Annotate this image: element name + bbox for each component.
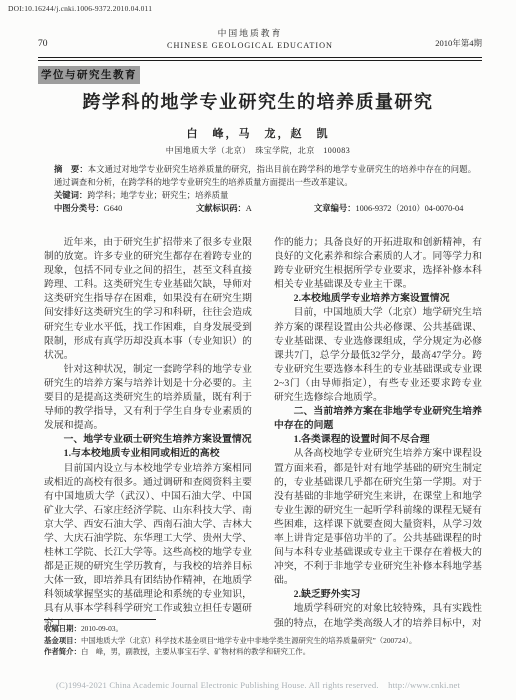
article-id-label: 文章编号：	[314, 204, 356, 213]
article-title: 跨学科的地学专业研究生的培养质量研究	[0, 88, 516, 114]
journal-header: 70 中国地质教育 CHINESE GEOLOGICAL EDUCATION 2…	[38, 26, 482, 50]
sub-heading: 2.本校地质学专业培养方案设置情况	[274, 292, 482, 306]
copyright-notice: (C)1994-2021 China Academic Journal Elec…	[0, 680, 516, 690]
paragraph: 近年来，由于研究生扩招带来了很多专业限制的放宽。许多专业的研究生都存在着跨专业的…	[44, 236, 252, 363]
abstract-text: 本文通过对地学专业研究生培养质量的研究，指出目前在跨学科的地学专业研究生的培养中…	[54, 165, 476, 187]
issue-label: 2010年第4期	[402, 37, 482, 50]
sub-heading: 2.缺乏野外实习	[274, 588, 482, 602]
classification-codes: 中图分类号：G640 文献标识码：A 文章编号：1006-9372（2010）0…	[54, 202, 476, 215]
keywords-label: 关键词：	[54, 191, 87, 200]
header-rule	[38, 57, 482, 61]
abstract: 摘 要：本文通过对地学专业研究生培养质量的研究，指出目前在跨学科的地学专业研究生…	[54, 163, 476, 189]
section-heading: 二、当前培养方案在非地学专业研究生培养中存在的问题	[274, 405, 482, 433]
keywords: 关键词：跨学科；地学专业；研究生；培养质量	[54, 189, 476, 202]
footnote-bio-label: 作者简介：	[44, 647, 81, 656]
body-column-right: 作的能力；具备良好的开拓进取和创新精神，有良好的文化素养和综合素质的人才。同等学…	[274, 236, 482, 631]
clc-code: 中图分类号：G640	[54, 202, 196, 215]
keywords-text: 跨学科；地学专业；研究生；培养质量	[87, 191, 228, 200]
article-id: 文章编号：1006-9372（2010）04-0070-04	[314, 202, 476, 215]
journal-page: DOI:10.16244/j.cnki.1006-9372.2010.04.01…	[0, 0, 516, 700]
page-number: 70	[38, 39, 98, 50]
article-id-value: 1006-9372（2010）04-0070-04	[356, 204, 464, 213]
footnote-date-label: 收稿日期：	[44, 624, 81, 633]
clc-label: 中图分类号：	[54, 204, 104, 213]
section-heading: 一、地学专业硕士研究生培养方案设置情况	[44, 433, 252, 447]
journal-title-block: 中国地质教育 CHINESE GEOLOGICAL EDUCATION	[98, 26, 402, 50]
footnotes: 收稿日期：2010-09-03。 基金项目：中国地质大学（北京）科学技术基金项目…	[44, 619, 482, 658]
affiliation: 中国地质大学（北京） 珠宝学院，北京 100083	[0, 145, 516, 156]
footnote-bio-value: 白 峰，男，副教授，主要从事宝石学、矿物材料的教学和研究工作。	[81, 647, 310, 656]
footnote-fund-value: 中国地质大学（北京）科学技术基金项目“地学专业中非地学类生源研究生的培养质量研究…	[81, 636, 416, 645]
sub-heading: 1.各类课程的设置时间不尽合理	[274, 433, 482, 447]
paragraph-continuation: 作的能力；具备良好的开拓进取和创新精神，有良好的文化素养和综合素质的人才。同等学…	[274, 236, 482, 292]
article-meta: 摘 要：本文通过对地学专业研究生培养质量的研究，指出目前在跨学科的地学专业研究生…	[54, 163, 476, 215]
paragraph: 目前，中国地质大学（北京）地学研究生培养方案的课程设置由公共必修课、公共基础课、…	[274, 306, 482, 405]
author-names: 白 峰，马 龙，赵 凯	[0, 125, 516, 141]
paragraph: 从各高校地学专业研究生培养方案中课程设置方面来看，都是针对有地学基础的研究生制定…	[274, 447, 482, 588]
footnote-fund-label: 基金项目：	[44, 636, 81, 645]
footnote-bio: 作者简介：白 峰，男，副教授，主要从事宝石学、矿物材料的教学和研究工作。	[44, 646, 482, 658]
footnote-date: 收稿日期：2010-09-03。	[44, 623, 482, 635]
section-label: 学位与研究生教育	[38, 66, 140, 84]
paragraph: 目前国内设立与本校地学专业培养方案相同或相近的高校有很多。通过调研和查阅资料主要…	[44, 462, 252, 631]
doc-code: 文献标识码：A	[196, 202, 314, 215]
journal-title-cn: 中国地质教育	[98, 26, 402, 39]
footnote-rule	[44, 619, 156, 620]
doi-text: DOI:10.16244/j.cnki.1006-9372.2010.04.01…	[8, 4, 152, 13]
journal-title-en: CHINESE GEOLOGICAL EDUCATION	[98, 41, 402, 50]
doc-code-label: 文献标识码：	[196, 204, 246, 213]
clc-value: G640	[104, 204, 122, 213]
abstract-label: 摘 要：	[54, 165, 88, 174]
sub-heading: 1.与本校地质专业相同或相近的高校	[44, 447, 252, 461]
footnote-fund: 基金项目：中国地质大学（北京）科学技术基金项目“地学专业中非地学类生源研究生的培…	[44, 635, 482, 647]
footnote-date-value: 2010-09-03。	[81, 624, 123, 633]
body-column-left: 近年来，由于研究生扩招带来了很多专业限制的放宽。许多专业的研究生都存在着跨专业的…	[44, 236, 252, 631]
doc-code-value: A	[246, 204, 252, 213]
paragraph: 针对这种状况，制定一套跨学科的地学专业研究生的培养方案与培养计划是十分必要的。主…	[44, 363, 252, 433]
body-columns: 近年来，由于研究生扩招带来了很多专业限制的放宽。许多专业的研究生都存在着跨专业的…	[44, 236, 482, 631]
